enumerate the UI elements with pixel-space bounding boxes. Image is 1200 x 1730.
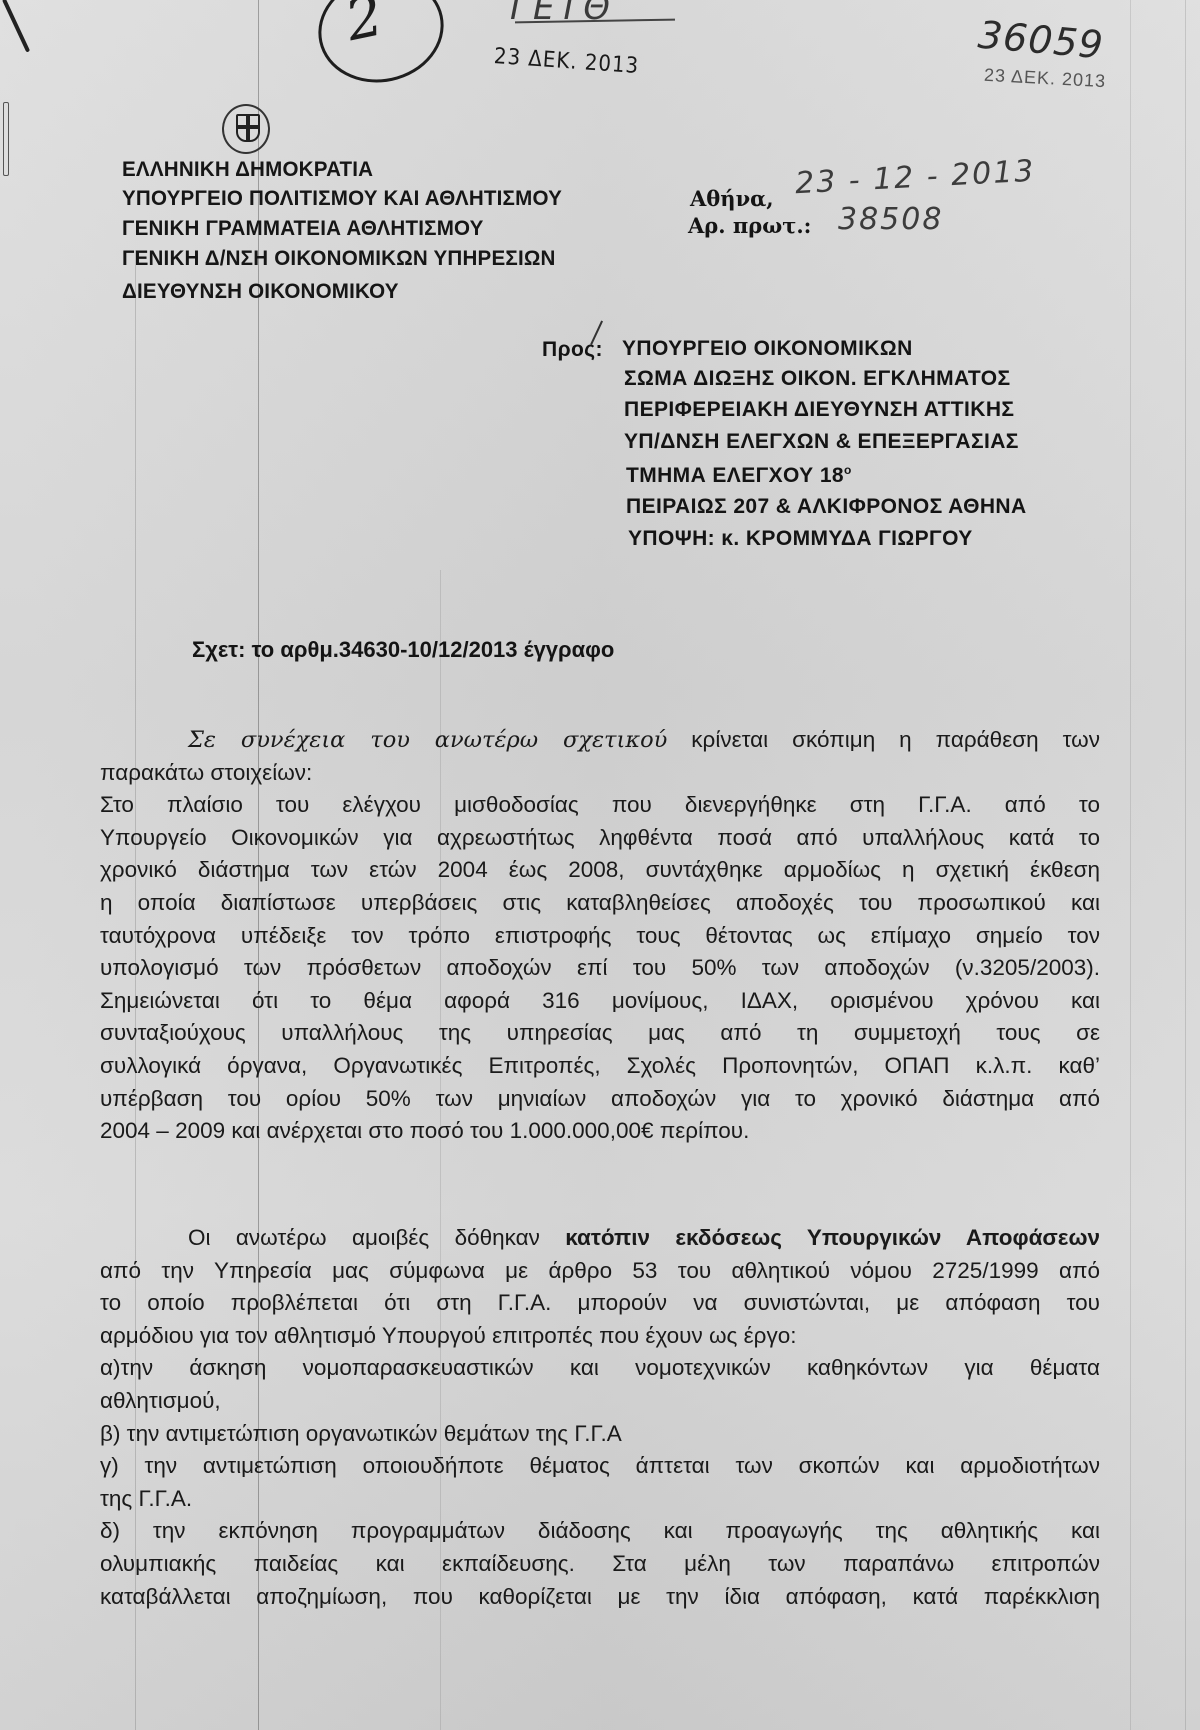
list-item-d-cont: καταβάλλεται αποζημίωση, που καθορίζεται…	[100, 1581, 1100, 1614]
paragraph-line: Σε συνέχεια του ανωτέρω σχετικού κρίνετα…	[100, 724, 1100, 757]
body-paragraph-2: Οι ανωτέρω αμοιβές δόθηκαν κατόπιν εκδόσ…	[100, 1222, 1100, 1613]
recipient-line: ΠΕΡΙΦΕΡΕΙΑΚΗ ΔΙΕΥΘΥΝΣΗ ΑΤΤΙΚΗΣ	[624, 398, 1014, 422]
recipient-line: ΥΠΟΨΗ: κ. ΚΡΟΜΜΥΔΑ ΓΙΩΡΓΟΥ	[628, 527, 973, 551]
header-line-directorate: ΔΙΕΥΘΥΝΣΗ ΟΙΚΟΝΟΜΙΚΟΥ	[122, 280, 399, 304]
lead-phrase: Σε συνέχεια του ανωτέρω σχετικού	[188, 727, 667, 753]
reference-line: Σχετ: το αρθμ.34630-10/12/2013 έγγραφο	[192, 637, 614, 663]
paragraph-line: το οποίο προβλέπεται ότι στη Γ.Γ.Α. μπορ…	[100, 1287, 1100, 1320]
paragraph-line: παρακάτω στοιχείων:	[100, 757, 1100, 790]
protocol-number-handwritten: 38508	[838, 202, 943, 237]
list-item-d: δ) την εκπόνηση προγραμμάτων διάδοσης κα…	[100, 1515, 1100, 1548]
paragraph-line: η οποία διαπίστωσε υπερβάσεις στις καταβ…	[100, 887, 1100, 920]
lead-bold: κατόπιν εκδόσεως Υπουργικών Αποφάσεων	[565, 1225, 1100, 1250]
paragraph-line: 2004 – 2009 και ανέρχεται στο ποσό του 1…	[100, 1115, 1100, 1148]
recipient-line: ΠΕΙΡΑΙΩΣ 207 & ΑΛΚΙΦΡΟΝΟΣ ΑΘΗΝΑ	[626, 495, 1027, 519]
list-item-b: β) την αντιμετώπιση οργανωτικών θεμάτων …	[100, 1418, 1100, 1451]
list-item-a: α)την άσκηση νομοπαρασκευαστικών και νομ…	[100, 1352, 1100, 1385]
place-label: Αθήνα,	[690, 186, 774, 211]
greek-coat-of-arms-icon	[222, 104, 270, 154]
recipient-line: ΣΩΜΑ ΔΙΩΞΗΣ ΟΙΚΟΝ. ΕΓΚΛΗΜΑΤΟΣ	[624, 367, 1010, 391]
registry-date-stamp: 23 ΔΕΚ. 2013	[984, 65, 1107, 92]
paragraph-line: αρμόδιου για τον αθλητισμό Υπουργού επιτ…	[100, 1320, 1100, 1353]
paragraph-line: από την Υπηρεσία μας σύμφωνα με άρθρο 53…	[100, 1255, 1100, 1288]
paragraph-line: Σημειώνεται ότι το θέμα αφορά 316 μονίμο…	[100, 985, 1100, 1018]
pen-stroke-mark	[2, 0, 30, 53]
received-date-stamp: 23 ΔΕΚ. 2013	[493, 44, 640, 79]
recipient-line: ΤΜΗΜΑ ΕΛΕΓΧΟΥ 18ο	[626, 463, 852, 488]
paragraph-line: χρονικό διάστημα των ετών 2004 έως 2008,…	[100, 854, 1100, 887]
circled-number-mark: 2	[308, 0, 453, 94]
pen-stroke-mark	[3, 102, 9, 176]
header-line-republic: ΕΛΛΗΝΙΚΗ ΔΗΜΟΚΡΑΤΙΑ	[122, 158, 373, 182]
recipient-dept: ΤΜΗΜΑ ΕΛΕΓΧΟΥ 18	[626, 464, 844, 487]
date-value-handwritten: 23 - 12 - 2013	[794, 154, 1036, 202]
superscript-degree: ο	[844, 463, 852, 477]
paragraph-line: συνταξιούχους υπαλλήλους της υπηρεσίας μ…	[100, 1017, 1100, 1050]
recipient-label: Προς:	[542, 338, 603, 362]
list-item-a-cont: αθλητισμού,	[100, 1385, 1100, 1418]
paragraph-line: Οι ανωτέρω αμοιβές δόθηκαν κατόπιν εκδόσ…	[100, 1222, 1100, 1255]
paragraph-line: συλλογικά όργανα, Οργανωτικές Επιτροπές,…	[100, 1050, 1100, 1083]
paper-fold-line	[1130, 0, 1131, 1730]
header-line-secretariat: ΓΕΝΙΚΗ ΓΡΑΜΜΑΤΕΙΑ ΑΘΛΗΤΙΣΜΟΥ	[122, 217, 484, 241]
paragraph-line: υπολογισμό των πρόσθετων αποδοχών επί το…	[100, 952, 1100, 985]
registry-number-handwritten: 36059	[976, 13, 1105, 68]
paper-fold-line	[1185, 0, 1186, 1730]
body-paragraph-1: Σε συνέχεια του ανωτέρω σχετικού κρίνετα…	[100, 724, 1100, 1148]
handwritten-scribble: ΓΕΤΘ	[510, 0, 614, 28]
circled-number: 2	[340, 0, 388, 54]
recipient-line: ΥΠ/ΔΝΣΗ ΕΛΕΓΧΩΝ & ΕΠΕΞΕΡΓΑΣΙΑΣ	[624, 430, 1019, 454]
paragraph-line: υπέρβαση του ορίου 50% των μηνιαίων αποδ…	[100, 1083, 1100, 1116]
list-item-d-cont: ολυμπιακής παιδείας και εκπαίδευσης. Στα…	[100, 1548, 1100, 1581]
header-line-ministry: ΥΠΟΥΡΓΕΙΟ ΠΟΛΙΤΙΣΜΟΥ ΚΑΙ ΑΘΛΗΤΙΣΜΟΥ	[122, 187, 562, 211]
recipient-line: ΥΠΟΥΡΓΕΙΟ ΟΙΚΟΝΟΜΙΚΩΝ	[622, 337, 913, 361]
list-item-c-cont: της Γ.Γ.Α.	[100, 1483, 1100, 1516]
protocol-label: Αρ. πρωτ.:	[688, 213, 811, 238]
lead-rest: κρίνεται σκόπιμη η παράθεση των	[667, 727, 1100, 752]
paragraph-line: Υπουργείο Οικονομικών για αχρεωστήτως λη…	[100, 822, 1100, 855]
paragraph-line: Στο πλαίσιο του ελέγχου μισθοδοσίας που …	[100, 789, 1100, 822]
lead-plain: Οι ανωτέρω αμοιβές δόθηκαν	[188, 1225, 565, 1250]
list-item-c: γ) την αντιμετώπιση οποιουδήποτε θέματος…	[100, 1450, 1100, 1483]
paragraph-line: ταυτόχρονα υπέδειξε τον τρόπο επιστροφής…	[100, 920, 1100, 953]
header-line-directorate-general: ΓΕΝΙΚΗ Δ/ΝΣΗ ΟΙΚΟΝΟΜΙΚΩΝ ΥΠΗΡΕΣΙΩΝ	[122, 247, 556, 271]
